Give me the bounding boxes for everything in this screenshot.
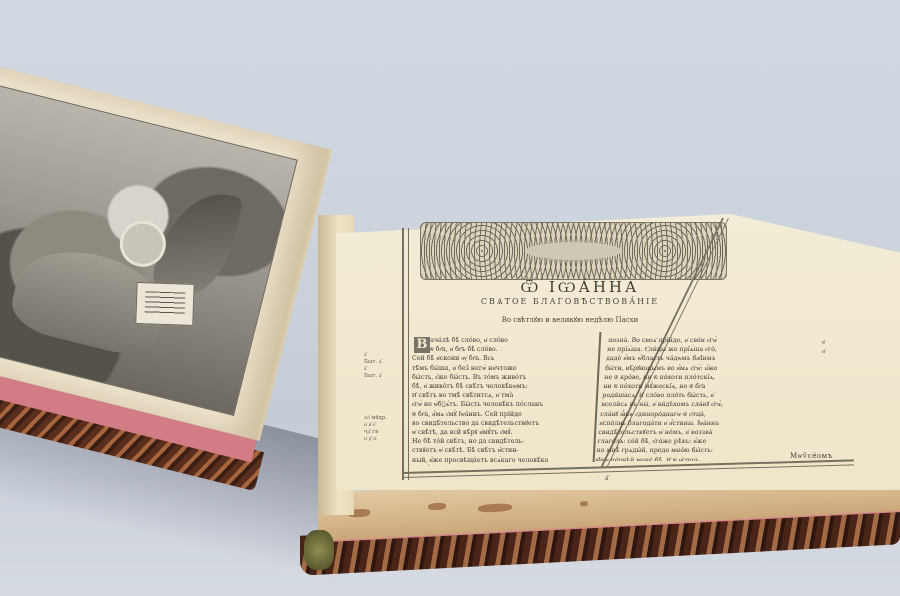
text-line: тѣ́мъ бы́ша, и҆ без̾ негѡ̀ ни҆чтоже bbox=[412, 364, 592, 373]
text-line: И҆ свѣ́тъ во тмѣ̀ свѣ́титсѧ, и҆ тма̀ bbox=[412, 391, 592, 400]
right-margin-note: в҃ и҆ bbox=[822, 338, 825, 356]
photo-scene: Ѿ ІѠА́ННА СВѦТОЕ БЛАГОВѢСТВОВА́НІЕ Во св… bbox=[0, 0, 900, 596]
text-line: бы́сть, є҆́же бы́сть. Въ то́мъ живо́тъ bbox=[412, 373, 592, 382]
text-line: ъ нача́лѣ бѣ̀ сло́во, и҆ сло́во bbox=[412, 336, 592, 345]
text-line: ѿ бг҃а, и҆́мѧ є҆мꙋ̀ Ї҆ѡа́ннъ. Сей прїи́д… bbox=[412, 410, 592, 419]
text-line: позна̀. Во своѧ̑ прїи́де, и҆ сво́и є҆гѡ̀ bbox=[608, 336, 814, 345]
evangelist-engraving bbox=[0, 84, 298, 416]
text-line: ни ѿ по́хоти мꙋ́жескїѧ, но ѿ бг҃а bbox=[603, 382, 809, 391]
left-page bbox=[0, 62, 332, 441]
text-line: ꙗ҆́кѡ пе́рвѣй менє̀ бѣ̀. И҆ ѿ и҆спол- bbox=[595, 456, 801, 461]
text-line: не ѿ кро́ве, ни ѿ по́хоти пло́тскїѧ, bbox=[604, 373, 810, 382]
text-line: роди́шасѧ. И҆ сло́во пло́ть бы́сть, и҆ bbox=[602, 391, 808, 400]
text-line: бѣ̀ ѿ бг҃а, и҆ бг҃ъ бѣ̀ сло́во. bbox=[412, 345, 592, 354]
dropcap: В bbox=[414, 337, 430, 353]
text-line: ѡ҆ свѣ́тѣ, да вси̑ вѣ́рꙋ и҆мꙋ́тъ є҆мꙋ̀. bbox=[412, 428, 592, 437]
text-line: є҆гѡ̀ не ѡ҆б꙼ѧ́тъ. Бы́сть человѣ́къ по́с… bbox=[412, 400, 592, 409]
text-line: Не бѣ̀ то́й свѣ́тъ, но да свидѣ́тель- bbox=[412, 437, 592, 446]
text-line: грѧдꙋ́щаго въ мі́ръ. Въ мі́рѣ бѣ̀, и҆ bbox=[412, 465, 592, 466]
headpiece-ornament bbox=[420, 222, 727, 280]
text-line: во свидѣ́тельство да свидѣ́тельствꙋетъ bbox=[412, 419, 592, 428]
incipit-line: Во свѣтлꙋю и великꙋю недѣлю Пасхи bbox=[440, 316, 700, 325]
margin-notes-top: а҃ Быт. а҃ а҃ Быт. а҃ bbox=[364, 352, 381, 380]
text-line: по мнѣ̀ грѧды́й, предо мно́ю бы́сть: bbox=[596, 446, 802, 455]
text-line: дадѐ и҆̀мъ ѡ҆́бласть ча́дѡмъ бж҃їимъ bbox=[606, 354, 812, 363]
text-line: свидѣ́тельствꙋетъ ѡ҆ не́мъ, и҆ воззва̀ bbox=[598, 428, 804, 437]
text-line: сла́вꙋ ꙗ҆́кѡ є҆диноро́днагѡ ѿ ѻ҆тца̀, bbox=[600, 410, 806, 419]
catchword: Мѡѷсе́омъ bbox=[790, 452, 833, 460]
margin-notes-bottom: зл҃ мꙋдр. и҆ в҃ є҃ чд҃ гв и҆ р҃ о bbox=[364, 415, 387, 443]
text-line: ный, и҆́же просвѣща́етъ всѧ́каго человѣ́… bbox=[412, 456, 592, 465]
open-tablet bbox=[135, 282, 194, 326]
text-column-left: ъ нача́лѣ бѣ̀ сло́во, и҆ сло́во бѣ̀ ѿ бг… bbox=[412, 336, 592, 466]
text-line: ствꙋетъ ѡ҆ свѣ́тѣ. Бѣ̀ свѣ́тъ и҆́стин- bbox=[412, 446, 592, 455]
text-line: бы́ти, вѣ́рꙋющымъ во и҆́мѧ є҆гѡ̀: и҆̀же bbox=[605, 364, 811, 373]
headband bbox=[304, 530, 334, 570]
text-line: вселѝсѧ въ ны̀, и҆ ви́дѣхомъ сла́вꙋ є҆гѡ… bbox=[601, 400, 807, 409]
folio-number: а҃ bbox=[605, 474, 608, 482]
text-line: глаго́лѧ: се́й бѣ̀, є҆го́же рѣ́хъ: и҆́же bbox=[597, 437, 803, 446]
text-column-right: позна̀. Во своѧ̑ прїи́де, и҆ сво́и є҆гѡ̀… bbox=[595, 336, 813, 461]
gospel-title: Ѿ ІѠА́ННА bbox=[470, 278, 690, 297]
frame-rule-left bbox=[402, 228, 409, 480]
text-line: и҆спо́лнь благода́ти и҆ и҆́стины. Ї҆ѡа́н… bbox=[599, 419, 805, 428]
gospel-subtitle: СВѦТОЕ БЛАГОВѢСТВОВА́НІЕ bbox=[420, 297, 720, 306]
text-line: не прїѧ́ша. Є҆ли́цы же прїѧ́ша є҆го̀, bbox=[607, 345, 813, 354]
text-line: Сей бѣ̀ и҆скони ѹ҆ бг҃а. Вс҃ѧ bbox=[412, 354, 592, 363]
text-line: бѣ̀, и҆ живо́тъ бѣ̀ свѣ́тъ человѣ́кѡмъ: bbox=[412, 382, 592, 391]
